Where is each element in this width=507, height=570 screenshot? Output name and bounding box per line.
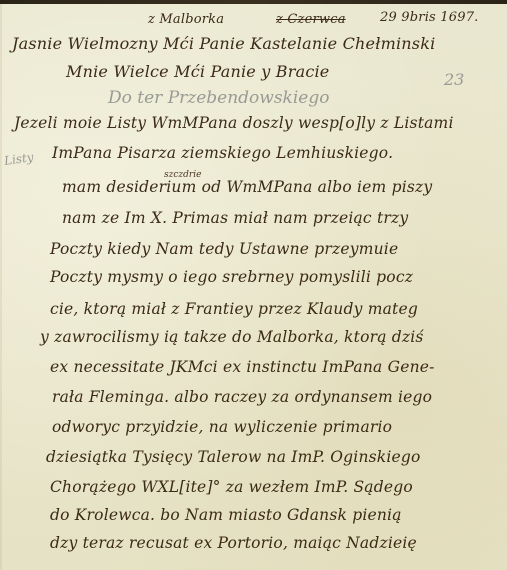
body-line-5: Poczty kiedy Nam tedy Ustawne przeymuie — [50, 240, 398, 258]
date-year: 1697. — [440, 10, 478, 25]
body-line-6: Poczty mysmy o iego srebrney pomyslili p… — [50, 268, 413, 286]
body-line-9: ex necessitate JKMci ex instinctu ImPana… — [50, 358, 435, 376]
body-line-4: nam ze Im X. Primas miał nam przeiąc trz… — [62, 209, 408, 227]
struck-word: z Czerwca — [276, 12, 346, 27]
pencil-margin-note: Listy — [3, 150, 34, 168]
body-line-1: Jezeli moie Listy WmMPana doszly wesp[o]… — [14, 114, 454, 132]
letter-place: z Malborka — [148, 12, 224, 27]
pencil-page-number: 23 — [444, 70, 464, 89]
body-line-2: ImPana Pisarza ziemskiego Lemhiuskiego. — [52, 144, 393, 162]
body-line-15: dzy teraz recusat ex Portorio, maiąc Nad… — [50, 534, 417, 552]
body-line-14: do Krolewca. bo Nam miasto Gdansk pienią — [50, 506, 402, 524]
body-line-3: mam desiderium od WmMPana albo iem piszy — [62, 178, 432, 196]
salutation-line-1: Jasnie Wielmozny Mći Panie Kastelanie Ch… — [12, 34, 435, 53]
body-line-13: Chorążego WXL[ite]° za wezłem ImP. Sądeg… — [50, 478, 413, 496]
date-month: 9bris — [401, 10, 436, 25]
salutation-line-2: Mnie Wielce Mći Panie y Bracie — [66, 62, 329, 81]
body-line-12: dziesiątka Tysięcy Talerow na ImP. Ogins… — [46, 448, 421, 466]
body-line-8: y zawrocilismy ią takze do Malborka, kto… — [40, 328, 424, 346]
body-line-11: odworyc przyidzie, na wyliczenie primari… — [52, 418, 392, 436]
letter-date: 29 9bris 1697. — [380, 10, 479, 25]
pencil-recipient-note: Do ter Przebendowskiego — [108, 88, 329, 108]
manuscript-page: z Malborka z Czerwca 29 9bris 1697. Jasn… — [0, 4, 507, 570]
date-day: 29 — [380, 10, 397, 25]
page-left-edge — [0, 4, 2, 570]
body-line-10: rała Fleminga. albo raczey za ordynansem… — [52, 388, 432, 406]
body-line-7: cie, ktorą miał z Frantiey przez Klaudy … — [50, 300, 418, 318]
